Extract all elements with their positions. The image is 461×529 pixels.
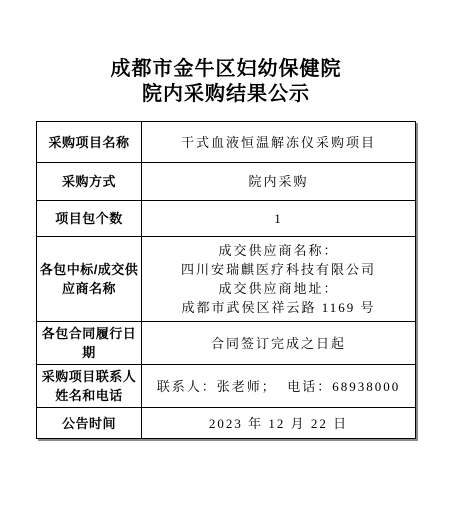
- row-label: 项目包个数: [37, 201, 142, 236]
- value-line-supplier-address-label: 成交供应商地址：: [218, 279, 338, 298]
- row-value: 联系人：张老师； 电话：68938000: [142, 365, 415, 407]
- page-title: 成都市金牛区妇幼保健院 院内采购结果公示: [0, 0, 452, 107]
- page-title-line-2: 院内采购结果公示: [0, 82, 452, 107]
- row-value: 干式血液恒温解冻仪采购项目: [142, 122, 415, 162]
- table-row-winning-supplier: 各包中标/成交供应商名称 成交供应商名称： 四川安瑞麒医疗科技有限公司 成交供应…: [37, 236, 415, 321]
- row-label: 采购项目名称: [37, 122, 142, 162]
- value-line-supplier-name: 四川安瑞麒医疗科技有限公司: [181, 260, 376, 279]
- table-row-announcement-date: 公告时间 2023 年 12 月 22 日: [37, 407, 415, 438]
- row-value: 院内采购: [142, 163, 415, 200]
- value-line-date: 2023 年 12 月 22 日: [209, 414, 348, 433]
- value-line: 干式血液恒温解冻仪采购项目: [181, 133, 376, 152]
- row-label: 公告时间: [37, 408, 142, 438]
- table-row-project-name: 采购项目名称 干式血液恒温解冻仪采购项目: [37, 122, 415, 162]
- table-row-contract-performance-date: 各包合同履行日期 合同签订完成之日起: [37, 321, 415, 364]
- value-line: 合同签订完成之日起: [211, 334, 346, 353]
- table-row-procurement-method: 采购方式 院内采购: [37, 162, 415, 200]
- value-line: 1: [274, 209, 283, 228]
- value-line-contact: 联系人：张老师； 电话：68938000: [157, 377, 401, 396]
- row-label: 采购项目联系人姓名和电话: [37, 365, 142, 407]
- row-label: 各包合同履行日期: [37, 322, 142, 364]
- row-label: 各包中标/成交供应商名称: [37, 237, 142, 321]
- row-value: 合同签订完成之日起: [142, 322, 415, 364]
- procurement-result-table: 采购项目名称 干式血液恒温解冻仪采购项目 采购方式 院内采购 项目包个数 1 各…: [36, 121, 416, 439]
- row-value: 2023 年 12 月 22 日: [142, 408, 415, 438]
- value-line-supplier-address: 成都市武侯区祥云路 1169 号: [181, 298, 375, 317]
- value-line: 院内采购: [248, 172, 308, 191]
- value-line-supplier-name-label: 成交供应商名称：: [218, 241, 338, 260]
- row-value: 成交供应商名称： 四川安瑞麒医疗科技有限公司 成交供应商地址： 成都市武侯区祥云…: [142, 237, 415, 321]
- page-title-line-1: 成都市金牛区妇幼保健院: [0, 57, 452, 82]
- announcement-page: 成都市金牛区妇幼保健院 院内采购结果公示 采购项目名称 干式血液恒温解冻仪采购项…: [0, 0, 461, 529]
- row-value: 1: [142, 201, 415, 236]
- table-row-package-count: 项目包个数 1: [37, 200, 415, 236]
- row-label: 采购方式: [37, 163, 142, 200]
- table-row-contact-info: 采购项目联系人姓名和电话 联系人：张老师； 电话：68938000: [37, 364, 415, 407]
